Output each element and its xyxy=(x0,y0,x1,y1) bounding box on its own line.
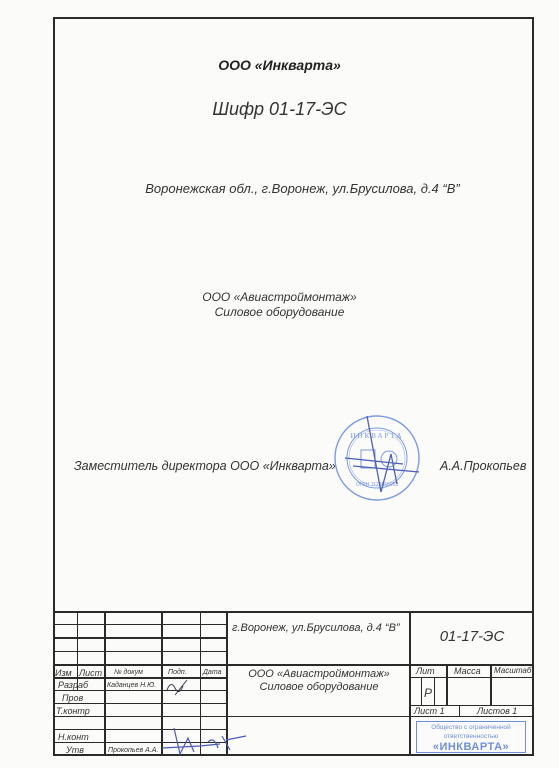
tb-line xyxy=(53,611,534,613)
tb-scale-label: Масштаб xyxy=(494,666,531,675)
tb-address: г.Воронеж, ул.Брусилова, д.4 “В” xyxy=(232,622,400,634)
customer-name: ООО «Авиастроймонтаж» xyxy=(0,290,559,305)
tb-project-section: Силовое оборудование xyxy=(228,681,410,694)
tb-role-name: Каданцев Н.Ю. xyxy=(107,682,156,689)
svg-text:ИНКВАРТА: ИНКВАРТА xyxy=(350,432,403,440)
tb-line xyxy=(434,677,435,705)
document-page: ООО «Инкварта» Шифр 01-17-ЭС Воронежская… xyxy=(0,0,559,768)
tb-role: Т.контр xyxy=(56,706,90,716)
signatory-name: А.А.Прокопьев xyxy=(440,459,526,473)
tb-code: 01-17-ЭС xyxy=(410,628,534,645)
company-stamp: Общество с ограниченной ответственностью… xyxy=(416,721,526,753)
tb-line xyxy=(421,677,422,705)
tb-lit-value: Р xyxy=(424,686,432,700)
tb-line xyxy=(446,664,448,705)
tb-role: Пров xyxy=(62,693,83,703)
site-address: Воронежская обл., г.Воронеж, ул.Брусилов… xyxy=(0,181,559,196)
tb-line xyxy=(490,664,492,705)
tb-header-date: Дата xyxy=(203,669,221,676)
tb-lit-label: Лит xyxy=(416,666,435,676)
tb-line xyxy=(410,677,534,678)
signatory-title: Заместитель директора ООО «Инкварта» xyxy=(74,459,336,473)
tb-sheet: Лист 1 xyxy=(414,706,445,716)
tb-role: Н.конт xyxy=(58,732,89,742)
cipher-code: Шифр 01-17-ЭС xyxy=(0,99,559,120)
tb-line xyxy=(77,611,78,690)
signature-approver-icon xyxy=(160,726,250,756)
company-stamp-line2: ответственностью xyxy=(417,733,525,740)
round-seal-icon: ИНКВАРТА ОГРН 1123668053 xyxy=(333,414,421,502)
tb-line xyxy=(459,705,460,716)
tb-header-list: Лист xyxy=(79,668,102,678)
section-name: Силовое оборудование xyxy=(0,305,559,320)
tb-line xyxy=(104,690,106,756)
tb-header-signature: Подп. xyxy=(168,669,187,676)
organization-title: ООО «Инкварта» xyxy=(0,57,559,73)
tb-line xyxy=(53,716,534,717)
tb-mass-label: Масса xyxy=(454,666,481,676)
signature-developer-icon xyxy=(163,676,203,696)
tb-role: Разраб xyxy=(58,680,88,690)
tb-role-name: Прокопьев А.А. xyxy=(108,747,158,754)
svg-text:ОГРН 1123668053: ОГРН 1123668053 xyxy=(356,482,399,488)
tb-header-docno: № докум xyxy=(114,669,143,676)
tb-project-title: ООО «Авиастроймонтаж» Силовое оборудован… xyxy=(228,668,410,694)
tb-sheets: Листов 1 xyxy=(477,706,517,716)
company-stamp-line1: Общество с ограниченной xyxy=(417,724,525,731)
tb-project-customer: ООО «Авиастроймонтаж» xyxy=(228,668,410,681)
company-stamp-name: «ИНКВАРТА» xyxy=(417,741,525,753)
tb-line xyxy=(104,611,106,690)
customer-block: ООО «Авиастроймонтаж» Силовое оборудован… xyxy=(0,290,559,320)
tb-header-izm: Изм xyxy=(55,668,72,678)
tb-role: Утв xyxy=(66,745,84,755)
